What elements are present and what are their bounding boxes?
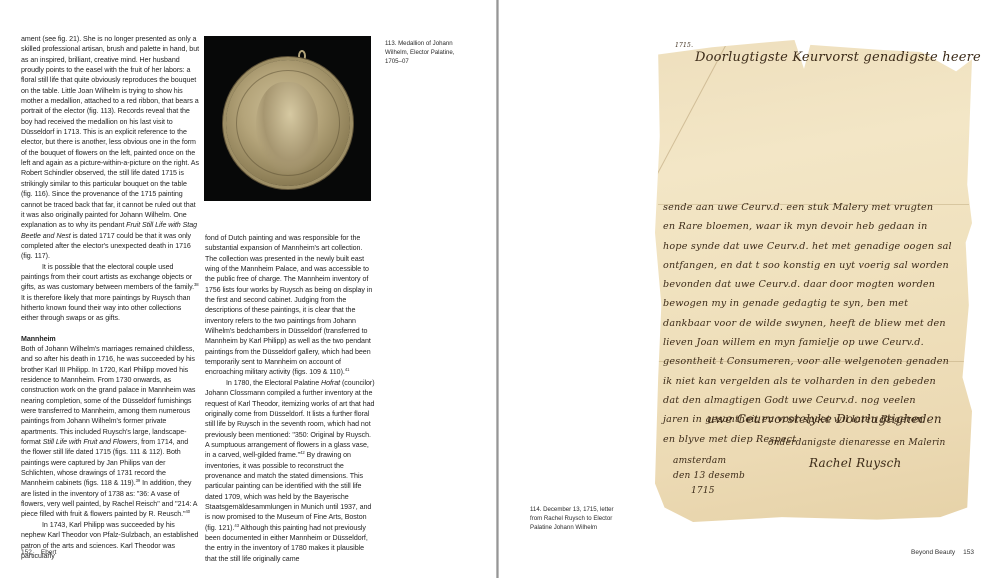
text-column-1: ament (see fig. 21). She is no longer pr… (21, 34, 199, 561)
running-head: Ebert (41, 549, 57, 556)
letter-salutation: Doorlugtigste Keurvorst genadigste heere (695, 50, 981, 65)
page-number: 153 (963, 549, 974, 556)
letter-closing: uwe Ceurvorstelyke Doorlugtigheden (707, 412, 942, 426)
medallion-image (204, 36, 371, 201)
running-head: Beyond Beauty (911, 549, 955, 556)
paragraph: In 1780, the Electoral Palatine Hofrat (… (205, 378, 375, 564)
left-page: ament (see fig. 21). She is no longer pr… (0, 0, 497, 578)
paragraph: It is possible that the electoral couple… (21, 262, 199, 324)
letter-closing-title: onderdanigste dienaresse en Malerin (768, 438, 946, 448)
section-heading: Mannheim (21, 334, 199, 344)
letter-year-note: 1715. (675, 42, 693, 49)
figure-113-caption: 113. Medallion of Johann Wilhelm, Electo… (385, 39, 485, 66)
folio-left: 152Ebert (21, 549, 56, 556)
paragraph: ament (see fig. 21). She is no longer pr… (21, 34, 199, 262)
text-column-2: fond of Dutch painting and was responsib… (205, 233, 375, 564)
letter-image: 1715. Doorlugtigste Keurvorst genadigste… (655, 40, 972, 522)
footnote-ref: 40 (186, 509, 191, 514)
footnote-ref: 38 (194, 282, 199, 287)
figure-114-caption: 114. December 13, 1715, letter from Rach… (530, 505, 625, 532)
footnote-ref: 41 (345, 367, 350, 372)
letter-signature: Rachel Ruysch (809, 456, 901, 470)
folio-right: Beyond Beauty153 (911, 549, 974, 556)
paragraph: fond of Dutch painting and was responsib… (205, 233, 375, 378)
elector-portrait-bust (256, 82, 318, 174)
page-number: 152 (21, 549, 32, 556)
book-spread: ament (see fig. 21). She is no longer pr… (0, 0, 996, 578)
paragraph: Both of Johann Wilhelm's marriages remai… (21, 344, 199, 520)
medallion-coin (226, 60, 350, 186)
letter-place-date: amsterdam den 13 desemb 1715 (673, 454, 745, 499)
